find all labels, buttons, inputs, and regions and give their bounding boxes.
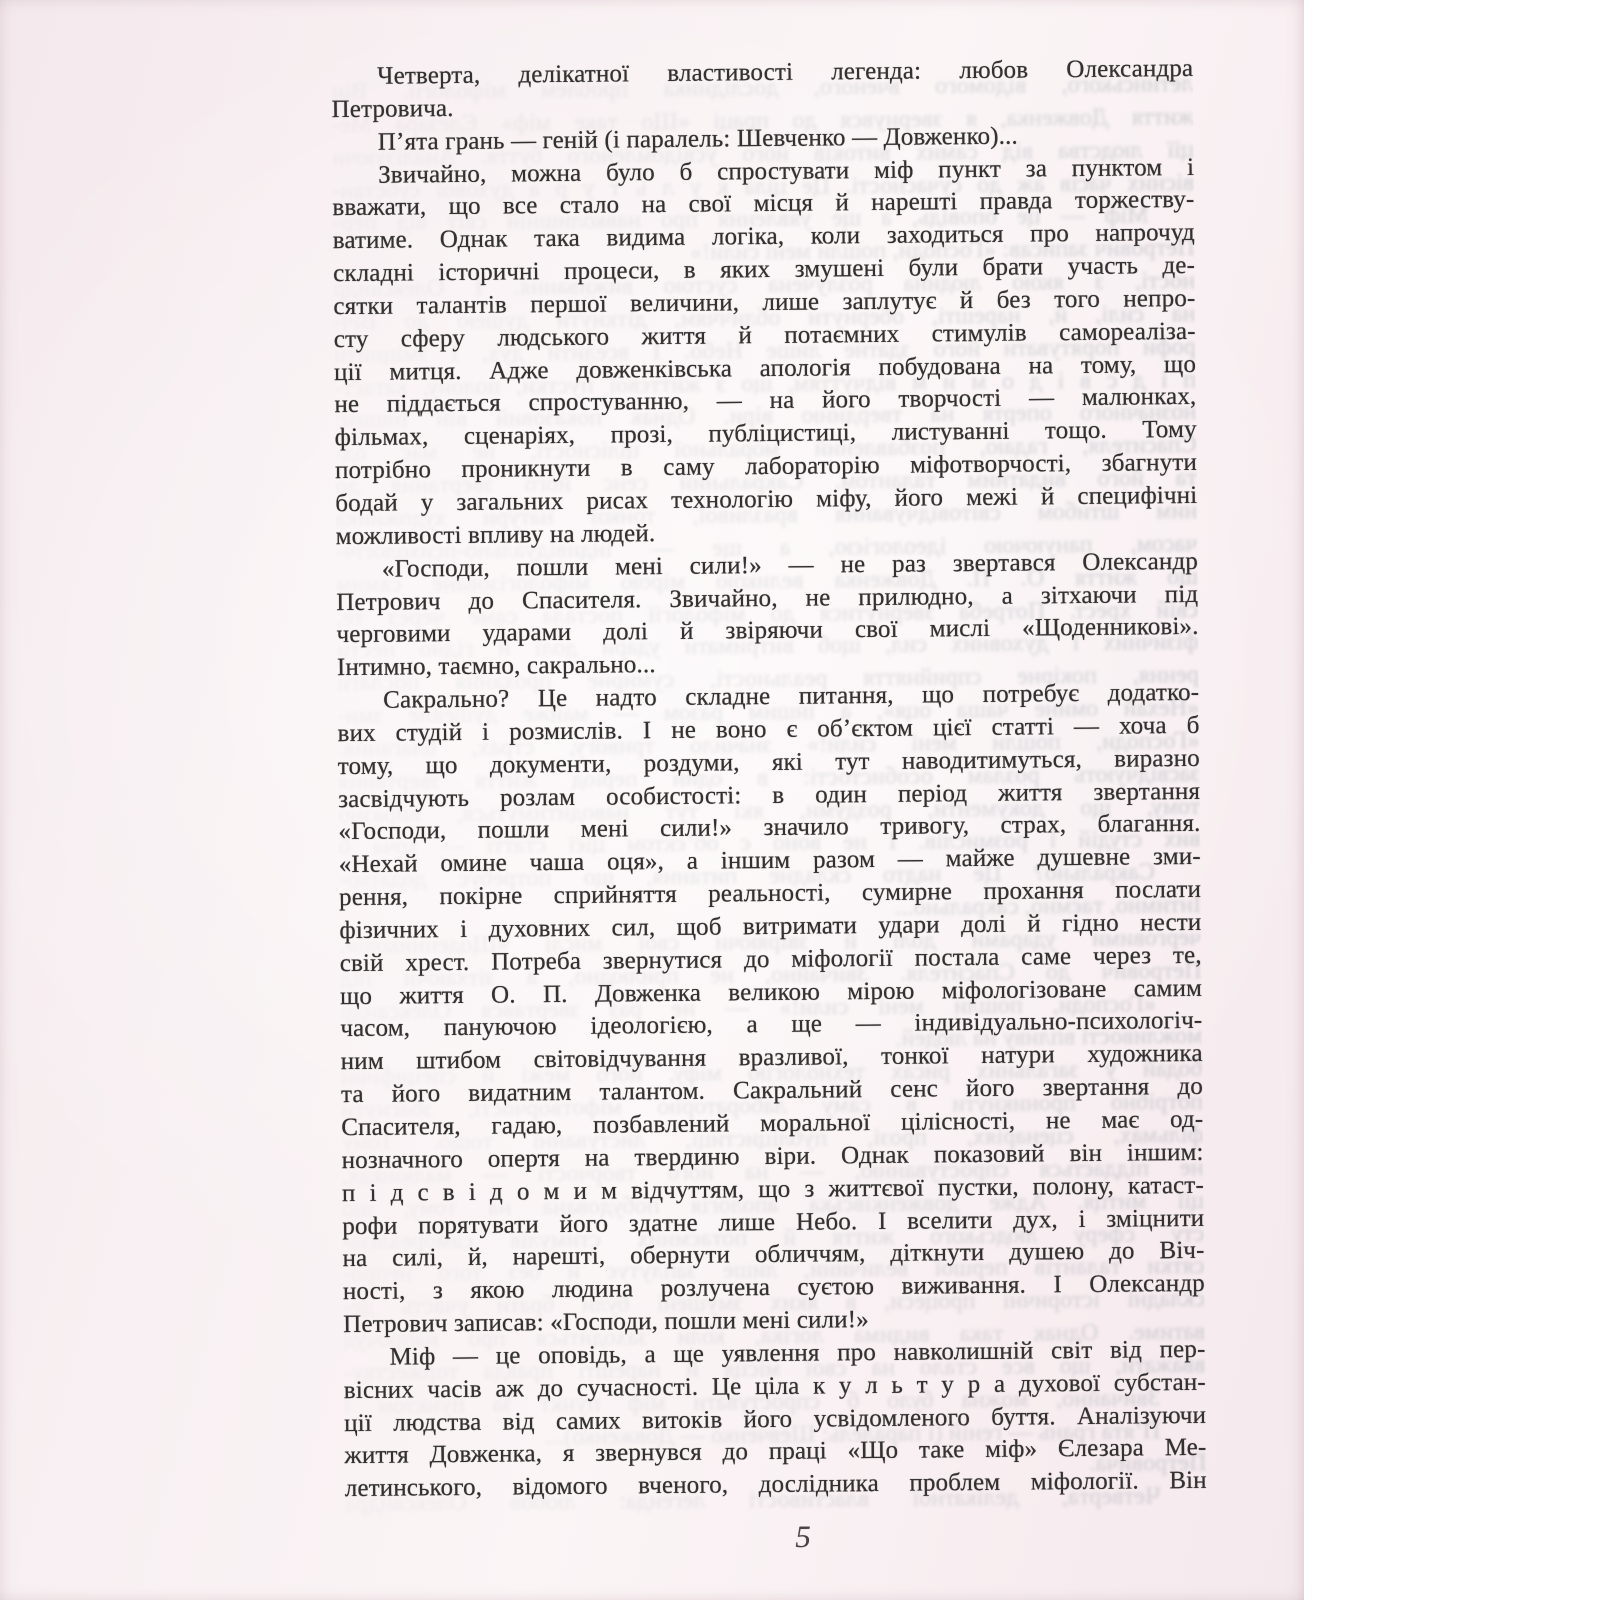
text-line: летинського, відомого вченого, дослідник…	[345, 1465, 1207, 1506]
scanned-page: летинського, відомого вченого, дослідник…	[0, 0, 1600, 1600]
text-block: Четверта, делікатної властивості легенда…	[331, 53, 1207, 1506]
page-number: 5	[653, 1518, 953, 1556]
book-page: летинського, відомого вченого, дослідник…	[0, 0, 1304, 1600]
